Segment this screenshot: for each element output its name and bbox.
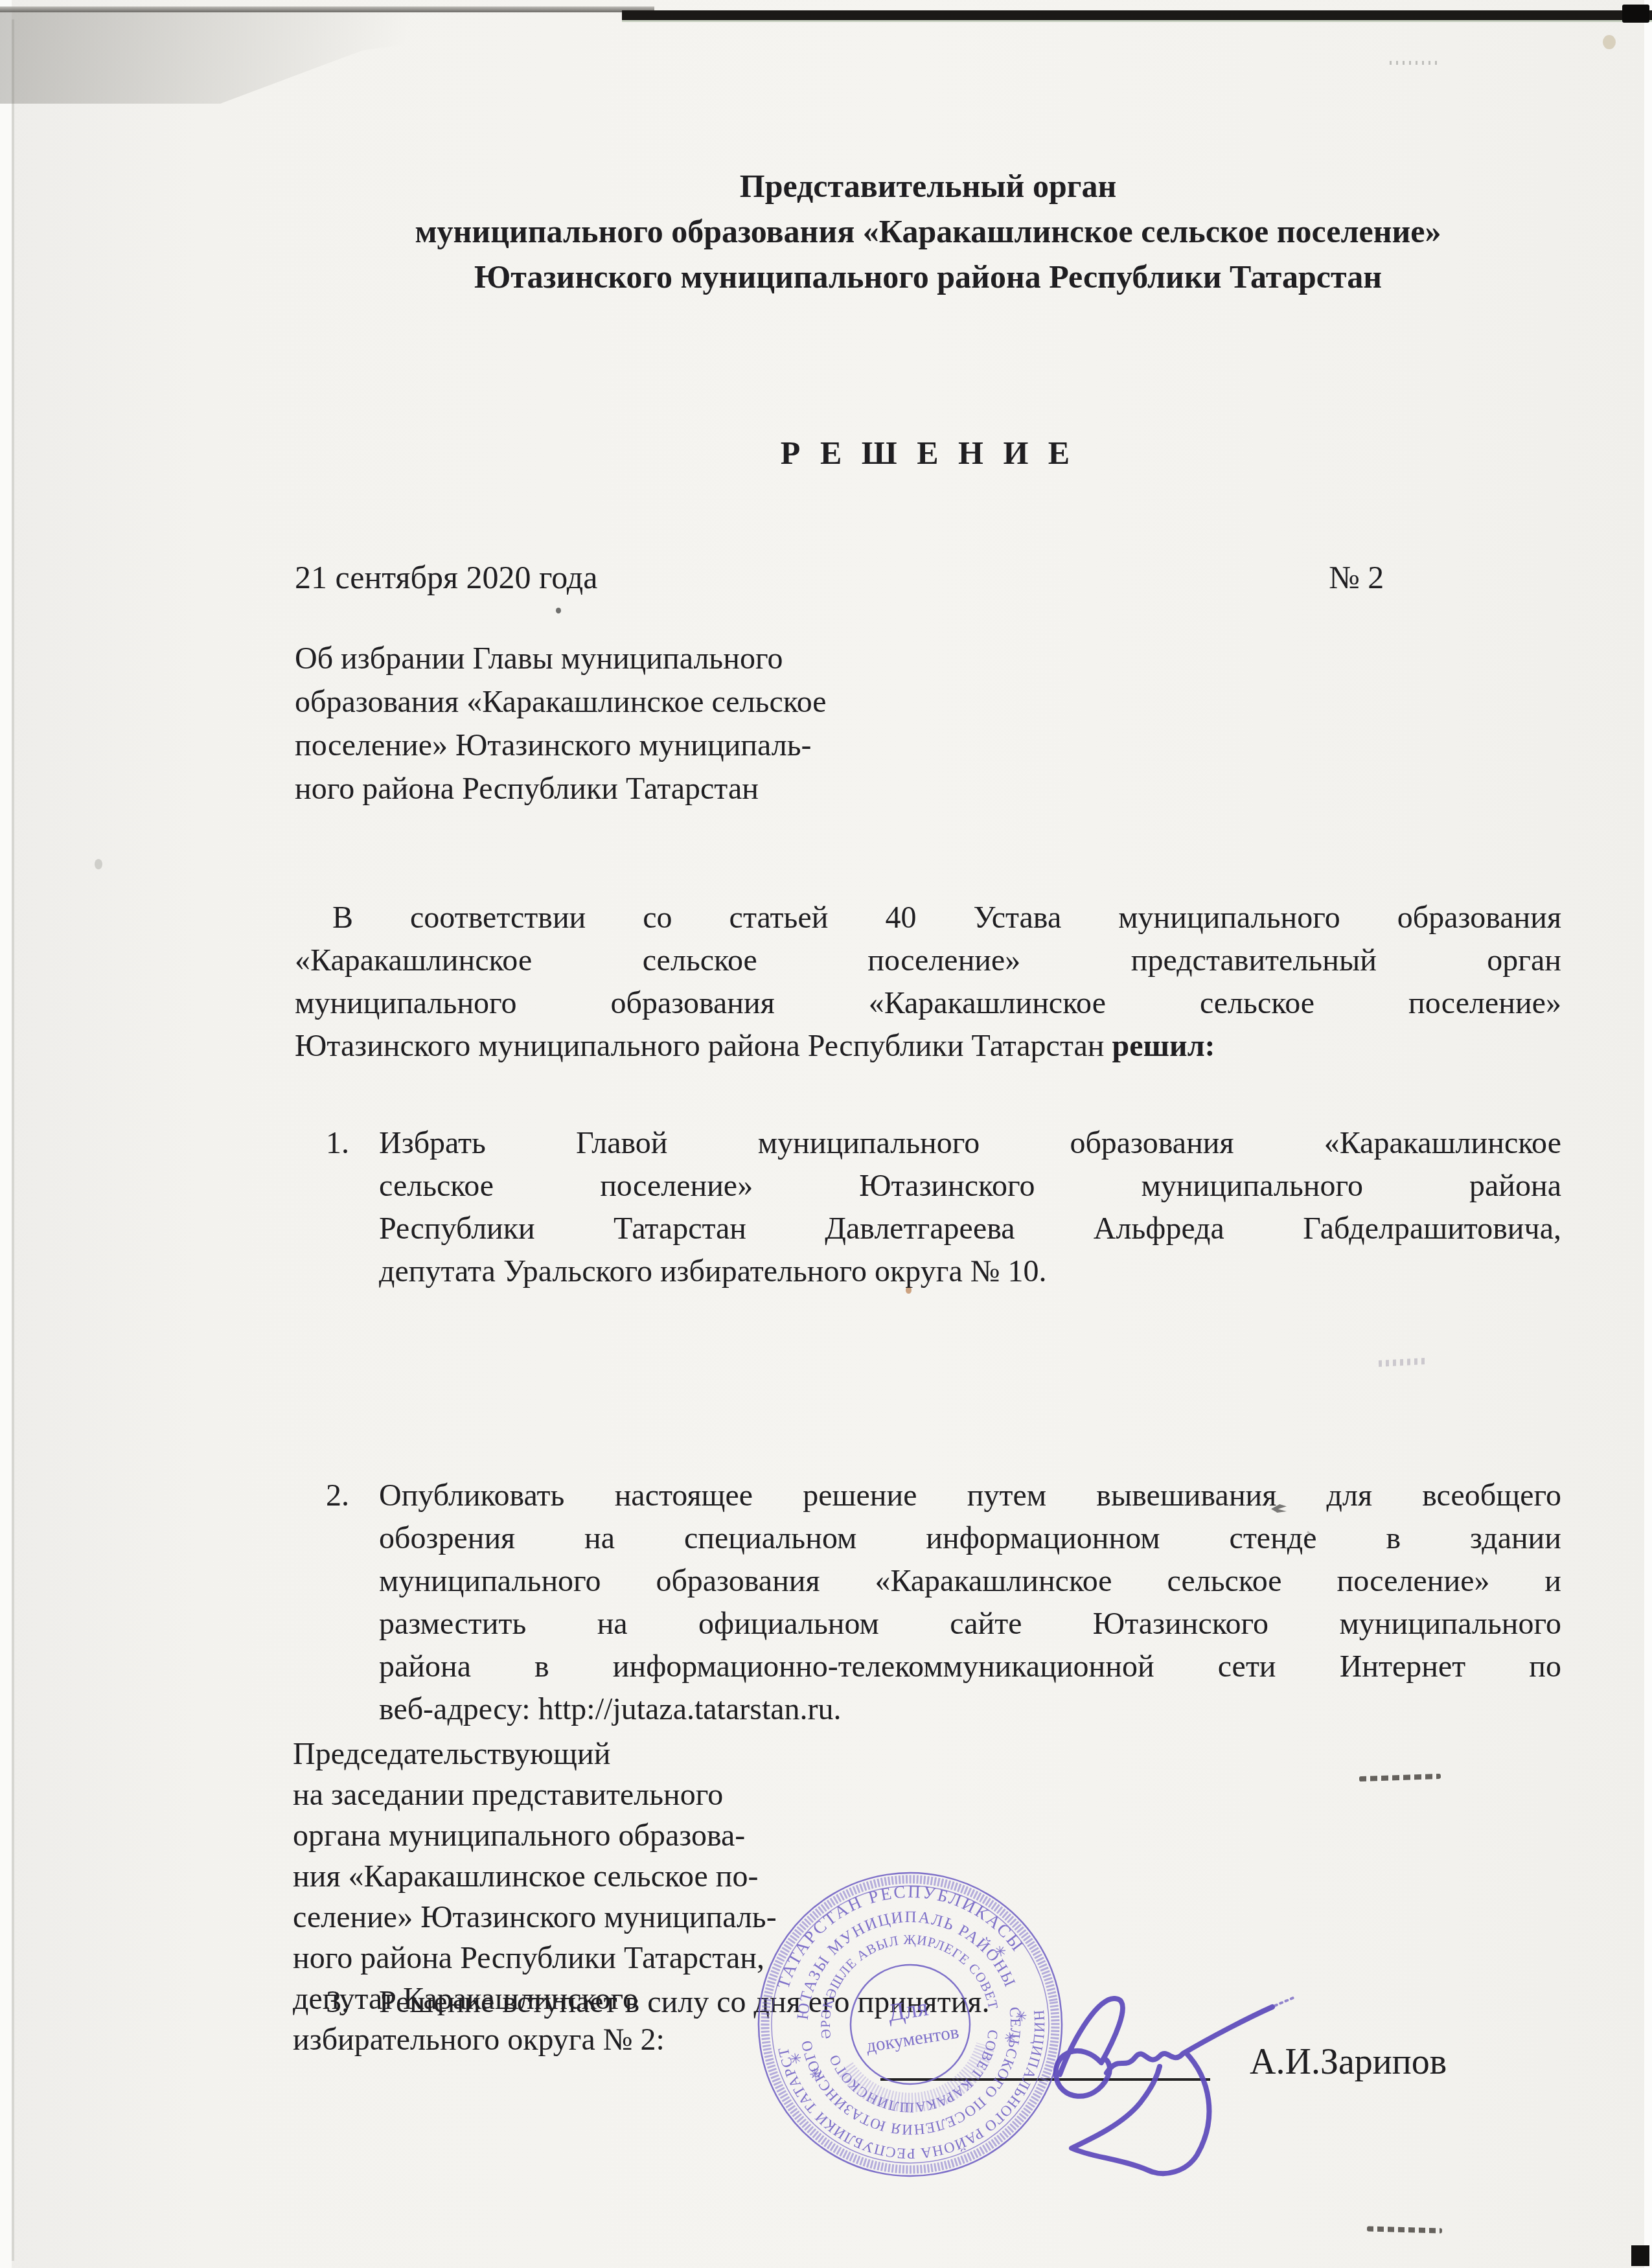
intro-line: муниципального образования «Каракашлинск… bbox=[295, 982, 1561, 1025]
scan-top-right-blob bbox=[1622, 5, 1649, 23]
intro-line: В соответствии со статьей 40 Устава муни… bbox=[295, 897, 1561, 939]
stamp-ring1-top-text: ТАТАРСТАН РЕСПУБЛИКАСЫ bbox=[761, 1863, 1030, 1993]
intro-resolved-word: решил: bbox=[1112, 1029, 1215, 1063]
svg-text:ТАТАРСТАН РЕСПУБЛИКАСЫ: ТАТАРСТАН РЕСПУБЛИКАСЫ bbox=[761, 1863, 1030, 1993]
scanned-document-page: Представительный орган муниципального об… bbox=[0, 0, 1652, 2268]
signoff-line: Председательствующий bbox=[293, 1734, 1070, 1774]
list-item-line: муниципального образования «Каракашлинск… bbox=[379, 1560, 1561, 1603]
stamp-star-icon: ✳ bbox=[808, 2065, 822, 2083]
header-line: Представительный орган bbox=[295, 163, 1561, 209]
scan-specks-topright bbox=[1390, 61, 1438, 65]
date-number-row: 21 сентября 2020 года № 2 bbox=[295, 556, 1561, 601]
list-item-line: Избрать Главой муниципального образовани… bbox=[379, 1122, 1561, 1165]
subject-block: Об избрании Главы муниципального образов… bbox=[295, 637, 1561, 810]
list-item-line: района в информационно-телекоммуникацион… bbox=[379, 1645, 1561, 1688]
list-item-2: 2. Опубликовать настоящее решение путем … bbox=[379, 1474, 1561, 1731]
signature-stroke bbox=[1056, 1999, 1123, 2096]
list-item-1-marker: 1. bbox=[326, 1122, 349, 1165]
intro-paragraph: В соответствии со статьей 40 Устава муни… bbox=[295, 897, 1561, 1068]
document-title: Р Е Ш Е Н И Е bbox=[295, 430, 1561, 475]
list-item-line: сельское поселение» Ютазинского муниципа… bbox=[379, 1165, 1561, 1208]
signature-stroke bbox=[1107, 2007, 1272, 2073]
scan-edge-right-strip bbox=[1644, 0, 1652, 2268]
signoff-line: на заседании представительного bbox=[293, 1774, 1070, 1815]
intro-line-last: Ютазинского муниципального района Респуб… bbox=[295, 1025, 1561, 1068]
scan-top-line-left bbox=[0, 6, 654, 12]
scan-edge-left-strip bbox=[0, 0, 12, 2268]
signature-stroke-tip bbox=[1275, 1998, 1293, 2006]
document-header: Представительный орган муниципального об… bbox=[295, 163, 1561, 299]
document-number: № 2 bbox=[1329, 556, 1384, 599]
stamp-inner-circle bbox=[842, 1956, 979, 2093]
list-item-line: Республики Татарстан Давлетгареева Альфр… bbox=[379, 1208, 1561, 1250]
intro-line-last-text: Ютазинского муниципального района Респуб… bbox=[295, 1029, 1112, 1063]
list-item-line: Опубликовать настоящее решение путем выв… bbox=[379, 1474, 1561, 1517]
stamp-center-line2: документов bbox=[865, 2022, 961, 2057]
scan-smudge-item2 bbox=[1379, 1358, 1425, 1367]
list-item-line: депутата Уральского избирательного округ… bbox=[379, 1250, 1561, 1293]
list-item-2-marker: 2. bbox=[326, 1474, 349, 1517]
subject-line: Об избрании Главы муниципального bbox=[295, 637, 1561, 680]
list-item-line: веб-адресу: http://jutaza.tatarstan.ru. bbox=[379, 1688, 1561, 1731]
scan-top-line-right bbox=[622, 10, 1652, 20]
scan-edge-left-line bbox=[12, 19, 14, 2261]
scan-beige-dot bbox=[1603, 35, 1616, 49]
list-item-line: разместить на официальном сайте Ютазинск… bbox=[379, 1603, 1561, 1645]
list-item-line: обозрения на специальном информационном … bbox=[379, 1517, 1561, 1560]
list-item-1: 1. Избрать Главой муниципального образов… bbox=[379, 1122, 1561, 1293]
scan-scribble-right-1 bbox=[1359, 1774, 1441, 1781]
scan-speck-left-margin bbox=[95, 859, 102, 869]
scan-dot-under-date bbox=[556, 608, 561, 613]
document-date: 21 сентября 2020 года bbox=[295, 556, 597, 599]
handwritten-signature bbox=[998, 1879, 1399, 2241]
stamp-center-line1: Для bbox=[886, 1994, 930, 2027]
signature-stroke bbox=[1072, 2052, 1209, 2173]
scan-bottom-right-notch bbox=[1631, 2245, 1649, 2266]
intro-line: «Каракашлинское сельское поселение» пред… bbox=[295, 939, 1561, 982]
signoff-line: органа муниципального образова- bbox=[293, 1815, 1070, 1856]
stamp-star-icon: ✳ bbox=[788, 2050, 803, 2068]
header-line: муниципального образования «Каракашлинск… bbox=[295, 209, 1561, 254]
header-line: Ютазинского муниципального района Респуб… bbox=[295, 254, 1561, 299]
subject-line: ного района Республики Татарстан bbox=[295, 767, 1561, 810]
subject-line: поселение» Ютазинского муниципаль- bbox=[295, 724, 1561, 767]
scan-corner-shadow bbox=[0, 12, 648, 104]
subject-line: образования «Каракашлинское сельское bbox=[295, 680, 1561, 724]
